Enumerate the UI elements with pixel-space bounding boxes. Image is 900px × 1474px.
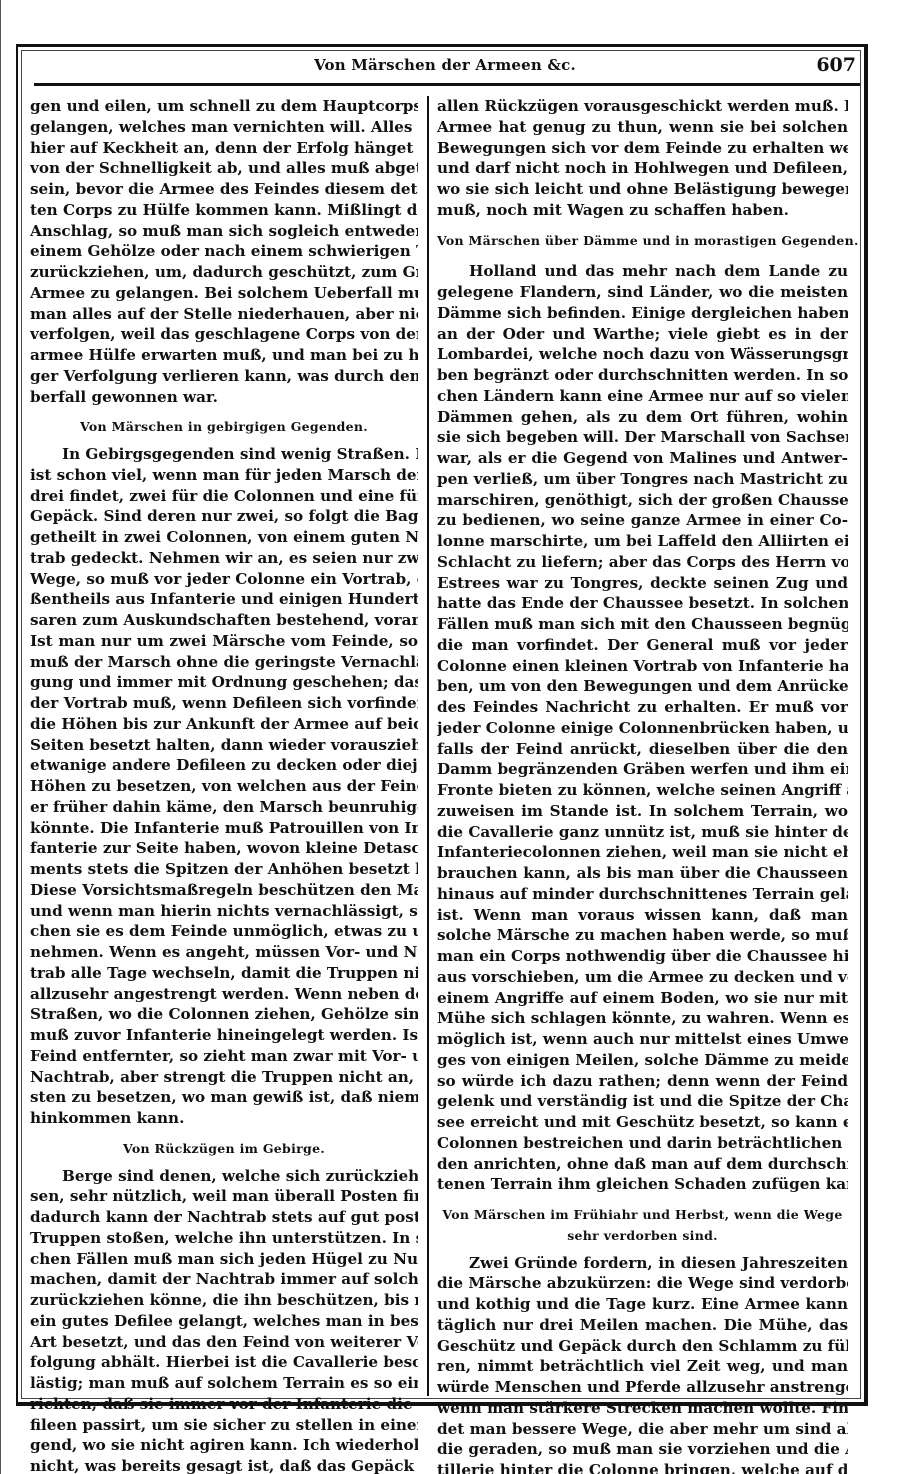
text-line: war, als er die Gegend von Malines und A…	[437, 448, 848, 469]
text-line: Berge sind denen, welche sich zurückzieh…	[30, 1166, 418, 1187]
text-line: Gepäck. Sind deren nur zwei, so folgt di…	[30, 506, 418, 527]
column-divider	[427, 96, 429, 1396]
text-line: In Gebirgsgegenden sind wenig Straßen. E…	[30, 444, 418, 465]
text-line: einem Gehölze oder nach einem schwierige…	[30, 241, 418, 262]
text-line: see erreicht und mit Geschütz besetzt, s…	[437, 1112, 848, 1133]
text-line: muß zuvor Infanterie hineingelegt werden…	[30, 1025, 418, 1046]
text-line: Holland und das mehr nach dem Lande zu	[437, 261, 848, 282]
text-line: gelegene Flandern, sind Länder, wo die m…	[437, 282, 848, 303]
text-line: würde Menschen und Pferde allzusehr anst…	[437, 1377, 848, 1398]
right-column: allen Rückzügen vorausgeschickt werden m…	[437, 96, 848, 1474]
text-line: zu bedienen, wo seine ganze Armee in ein…	[437, 510, 848, 531]
section-heading-mountain-marches: Von Märschen in gebirgigen Gegenden.	[30, 417, 418, 438]
text-line: sein, bevor die Armee des Feindes diesem…	[30, 179, 418, 200]
text-line: Diese Vorsichtsmaßregeln beschützen den …	[30, 880, 418, 901]
text-line: Geschütz und Gepäck durch den Schlamm zu…	[437, 1336, 848, 1357]
text-line: saren zum Auskundschaften bestehend, vor…	[30, 610, 418, 631]
text-line: einem Angriffe auf einem Boden, wo sie n…	[437, 988, 848, 1009]
text-line: armee Hülfe erwarten muß, und man bei zu…	[30, 345, 418, 366]
text-line: Zwei Gründe fordern, in diesen Jahreszei…	[437, 1253, 848, 1274]
text-line: jeder Colonne einige Colonnenbrücken hab…	[437, 718, 848, 739]
text-line: so würde ich dazu rathen; denn wenn der …	[437, 1071, 848, 1092]
text-line: brauchen kann, als bis man über die Chau…	[437, 863, 848, 884]
text-line: Infanteriecolonnen ziehen, weil man sie …	[437, 842, 848, 863]
text-line: ger Verfolgung verlieren kann, was durch…	[30, 366, 418, 387]
text-line: nicht, was bereits gesagt ist, daß das G…	[30, 1456, 418, 1474]
text-line: hatte das Ende der Chaussee besetzt. In …	[437, 593, 848, 614]
text-line: Fronte bieten zu können, welche seinen A…	[437, 780, 848, 801]
text-line: die Höhen bis zur Ankunft der Armee auf …	[30, 714, 418, 735]
text-line: die Cavallerie ganz unnütz ist, muß sie …	[437, 822, 848, 843]
text-line: lonne marschirte, um bei Laffeld den All…	[437, 531, 848, 552]
text-line: trab gedeckt. Nehmen wir an, es seien nu…	[30, 548, 418, 569]
scan-edge-line	[0, 0, 1, 1474]
text-line: sie sich begeben will. Der Marschall von…	[437, 427, 848, 448]
text-line: Anschlag, so muß man sich sogleich entwe…	[30, 221, 418, 242]
text-line: zurückziehen könne, die ihn beschützen, …	[30, 1290, 418, 1311]
text-line: gung und immer mit Ordnung geschehen; da…	[30, 672, 418, 693]
header-rule	[34, 83, 860, 86]
text-line: Ist man nur um zwei Märsche vom Feinde, …	[30, 631, 418, 652]
text-line: Bewegungen sich vor dem Feinde zu erhalt…	[437, 138, 848, 159]
text-line: tillerie hinter die Colonne bringen, wel…	[437, 1460, 848, 1474]
text-line: ist schon viel, wenn man für jeden Marsc…	[30, 465, 418, 486]
text-line: aus vorschieben, um die Armee zu decken …	[437, 967, 848, 988]
text-line: Straßen, wo die Colonnen ziehen, Gehölze…	[30, 1004, 418, 1025]
text-line: möglich ist, wenn auch nur mittelst eine…	[437, 1029, 848, 1050]
text-line: Schlacht zu liefern; aber das Corps des …	[437, 552, 848, 573]
page-number: 607	[816, 54, 856, 76]
text-line: wenn man stärkere Strecken machen wollte…	[437, 1398, 848, 1419]
text-line: Dämmen gehen, als zu dem Ort führen, woh…	[437, 407, 848, 428]
text-line: richten, daß sie immer vor der Infanteri…	[30, 1394, 418, 1415]
section-heading-spring-autumn-marches-cont: sehr verdorben sind.	[437, 1226, 848, 1247]
paragraph-dam-marches: Holland und das mehr nach dem Lande zu g…	[437, 261, 848, 1195]
text-line: trab alle Tage wechseln, damit die Trupp…	[30, 963, 418, 984]
text-line: allzusehr angestrengt werden. Wenn neben…	[30, 984, 418, 1005]
text-line: man alles auf der Stelle niederhauen, ab…	[30, 304, 418, 325]
text-line: drei findet, zwei für die Colonnen und e…	[30, 486, 418, 507]
text-line: gen und eilen, um schnell zu dem Hauptco…	[30, 96, 418, 117]
paragraph-mountain-retreats: Berge sind denen, welche sich zurückzieh…	[30, 1166, 418, 1474]
text-line: ein gutes Defilee gelangt, welches man i…	[30, 1311, 418, 1332]
text-line: lästig; man muß auf solchem Terrain es s…	[30, 1373, 418, 1394]
text-line: machen, damit der Nachtrab immer auf sol…	[30, 1269, 418, 1290]
section-heading-mountain-retreats: Von Rückzügen im Gebirge.	[30, 1139, 418, 1160]
text-line: und darf nicht noch in Hohlwegen und Def…	[437, 158, 848, 179]
running-title: Von Märschen der Armeen &c.	[30, 56, 860, 74]
text-line: Feind entfernter, so zieht man zwar mit …	[30, 1046, 418, 1067]
text-line: Truppen stoßen, welche ihn unterstützen.…	[30, 1228, 418, 1249]
text-line: Mühe sich schlagen könnte, zu wahren. We…	[437, 1008, 848, 1029]
paragraph-mountain-marches: In Gebirgsgegenden sind wenig Straßen. E…	[30, 444, 418, 1129]
text-line: Colonne einen kleinen Vortrab von Infant…	[437, 656, 848, 677]
text-line: Dämme sich befinden. Einige dergleichen …	[437, 303, 848, 324]
paragraph-continuation: allen Rückzügen vorausgeschickt werden m…	[437, 96, 848, 221]
text-line: täglich nur drei Meilen machen. Die Mühe…	[437, 1315, 848, 1336]
text-line: pen verließ, um über Tongres nach Mastri…	[437, 469, 848, 490]
text-line: des Feindes Nachricht zu erhalten. Er mu…	[437, 697, 848, 718]
text-line: getheilt in zwei Colonnen, von einem gut…	[30, 527, 418, 548]
text-line: verfolgen, weil das geschlagene Corps vo…	[30, 324, 418, 345]
text-line: Damm begränzenden Gräben werfen und ihm …	[437, 759, 848, 780]
text-line: ben begränzt oder durchschnitten werden.…	[437, 365, 848, 386]
text-line: dadurch kann der Nachtrab stets auf gut …	[30, 1207, 418, 1228]
text-line: marschiren, genöthigt, sich der großen C…	[437, 490, 848, 511]
text-line: ren, nimmt beträchtlich viel Zeit weg, u…	[437, 1356, 848, 1377]
paragraph-continuation: gen und eilen, um schnell zu dem Hauptco…	[30, 96, 418, 407]
text-line: folgung abhält. Hierbei ist die Cavaller…	[30, 1352, 418, 1373]
text-line: ten Corps zu Hülfe kommen kann. Mißlingt…	[30, 200, 418, 221]
text-line: solche Märsche zu machen haben werde, so…	[437, 925, 848, 946]
section-heading-spring-autumn-marches: Von Märschen im Frühiahr und Herbst, wen…	[437, 1205, 848, 1226]
text-line: man ein Corps nothwendig über die Chauss…	[437, 946, 848, 967]
text-line: ist. Wenn man voraus wissen kann, daß ma…	[437, 905, 848, 926]
text-line: tenen Terrain ihm gleichen Schaden zufüg…	[437, 1174, 848, 1195]
text-line: zuweisen im Stande ist. In solchem Terra…	[437, 801, 848, 822]
text-line: Seiten besetzt halten, dann wieder vorau…	[30, 735, 418, 756]
text-line: die man vorfindet. Der General muß vor j…	[437, 635, 848, 656]
text-line: Armee hat genug zu thun, wenn sie bei so…	[437, 117, 848, 138]
text-line: zurückziehen, um, dadurch geschützt, zum…	[30, 262, 418, 283]
text-line: ben, um von den Bewegungen und dem Anrüc…	[437, 676, 848, 697]
text-line: sen, sehr nützlich, weil man überall Pos…	[30, 1186, 418, 1207]
text-line: Armee zu gelangen. Bei solchem Ueberfall…	[30, 283, 418, 304]
text-line: und wenn man hierin nichts vernachlässig…	[30, 901, 418, 922]
text-line: Nachtrab, aber strengt die Truppen nicht…	[30, 1067, 418, 1088]
text-line: gelenk und verständig ist und die Spitze…	[437, 1091, 848, 1112]
text-line: allen Rückzügen vorausgeschickt werden m…	[437, 96, 848, 117]
text-line: er früher dahin käme, den Marsch beunruh…	[30, 797, 418, 818]
text-line: ments stets die Spitzen der Anhöhen bese…	[30, 859, 418, 880]
text-line: könnte. Die Infanterie muß Patrouillen v…	[30, 818, 418, 839]
text-line: fanterie zur Seite haben, wovon kleine D…	[30, 838, 418, 859]
text-line: muß der Marsch ohne die geringste Vernac…	[30, 652, 418, 673]
text-line: berfall gewonnen war.	[30, 387, 418, 408]
text-line: Estrees war zu Tongres, deckte seinen Zu…	[437, 573, 848, 594]
text-line: Colonnen bestreichen und darin beträchtl…	[437, 1133, 848, 1154]
text-line: und kothig und die Tage kurz. Eine Armee…	[437, 1294, 848, 1315]
text-line: an der Oder und Warthe; viele giebt es i…	[437, 324, 848, 345]
text-line: Wege, so muß vor jeder Colonne ein Vortr…	[30, 569, 418, 590]
text-line: chen Ländern kann eine Armee nur auf so …	[437, 386, 848, 407]
text-line: von der Schnelligkeit ab, und alles muß …	[30, 158, 418, 179]
page-header: Von Märschen der Armeen &c. 607	[30, 52, 860, 80]
text-line: det man bessere Wege, die aber mehr um s…	[437, 1419, 848, 1440]
text-line: Art besetzt, und das den Feind von weite…	[30, 1332, 418, 1353]
text-line: nehmen. Wenn es angeht, müssen Vor- und …	[30, 942, 418, 963]
text-line: Höhen zu besetzen, von welchen aus der F…	[30, 776, 418, 797]
text-line: hinaus auf minder durchschnittenes Terra…	[437, 884, 848, 905]
paragraph-spring-autumn-marches: Zwei Gründe fordern, in diesen Jahreszei…	[437, 1253, 848, 1474]
section-heading-dam-marches: Von Märschen über Dämme und in morastige…	[437, 231, 848, 252]
text-line: etwanige andere Defileen zu decken oder …	[30, 755, 418, 776]
text-line: chen Fällen muß man sich jeden Hügel zu …	[30, 1249, 418, 1270]
text-line: falls der Feind anrückt, dieselben über …	[437, 739, 848, 760]
text-line: den anrichten, ohne daß man auf dem durc…	[437, 1154, 848, 1175]
left-column: gen und eilen, um schnell zu dem Hauptco…	[30, 96, 418, 1474]
text-line: hier auf Keckheit an, denn der Erfolg hä…	[30, 138, 418, 159]
text-line: muß, noch mit Wagen zu schaffen haben.	[437, 200, 848, 221]
text-line: fileen passirt, um sie sicher zu stellen…	[30, 1415, 418, 1436]
text-line: sten zu besetzen, wo man gewiß ist, daß …	[30, 1087, 418, 1108]
text-line: wo sie sich leicht und ohne Belästigung …	[437, 179, 848, 200]
text-line: hinkommen kann.	[30, 1108, 418, 1129]
text-line: ßentheils aus Infanterie und einigen Hun…	[30, 589, 418, 610]
text-line: Fällen muß man sich mit den Chausseen be…	[437, 614, 848, 635]
text-line: ges von einigen Meilen, solche Dämme zu …	[437, 1050, 848, 1071]
text-line: die geraden, so muß man sie vorziehen un…	[437, 1439, 848, 1460]
text-line: gend, wo sie nicht agiren kann. Ich wied…	[30, 1435, 418, 1456]
text-line: gelangen, welches man vernichten will. A…	[30, 117, 418, 138]
text-line: chen sie es dem Feinde unmöglich, etwas …	[30, 921, 418, 942]
text-line: Lombardei, welche noch dazu von Wässerun…	[437, 344, 848, 365]
text-line: der Vortrab muß, wenn Defileen sich vorf…	[30, 693, 418, 714]
text-line: die Märsche abzukürzen: die Wege sind ve…	[437, 1273, 848, 1294]
